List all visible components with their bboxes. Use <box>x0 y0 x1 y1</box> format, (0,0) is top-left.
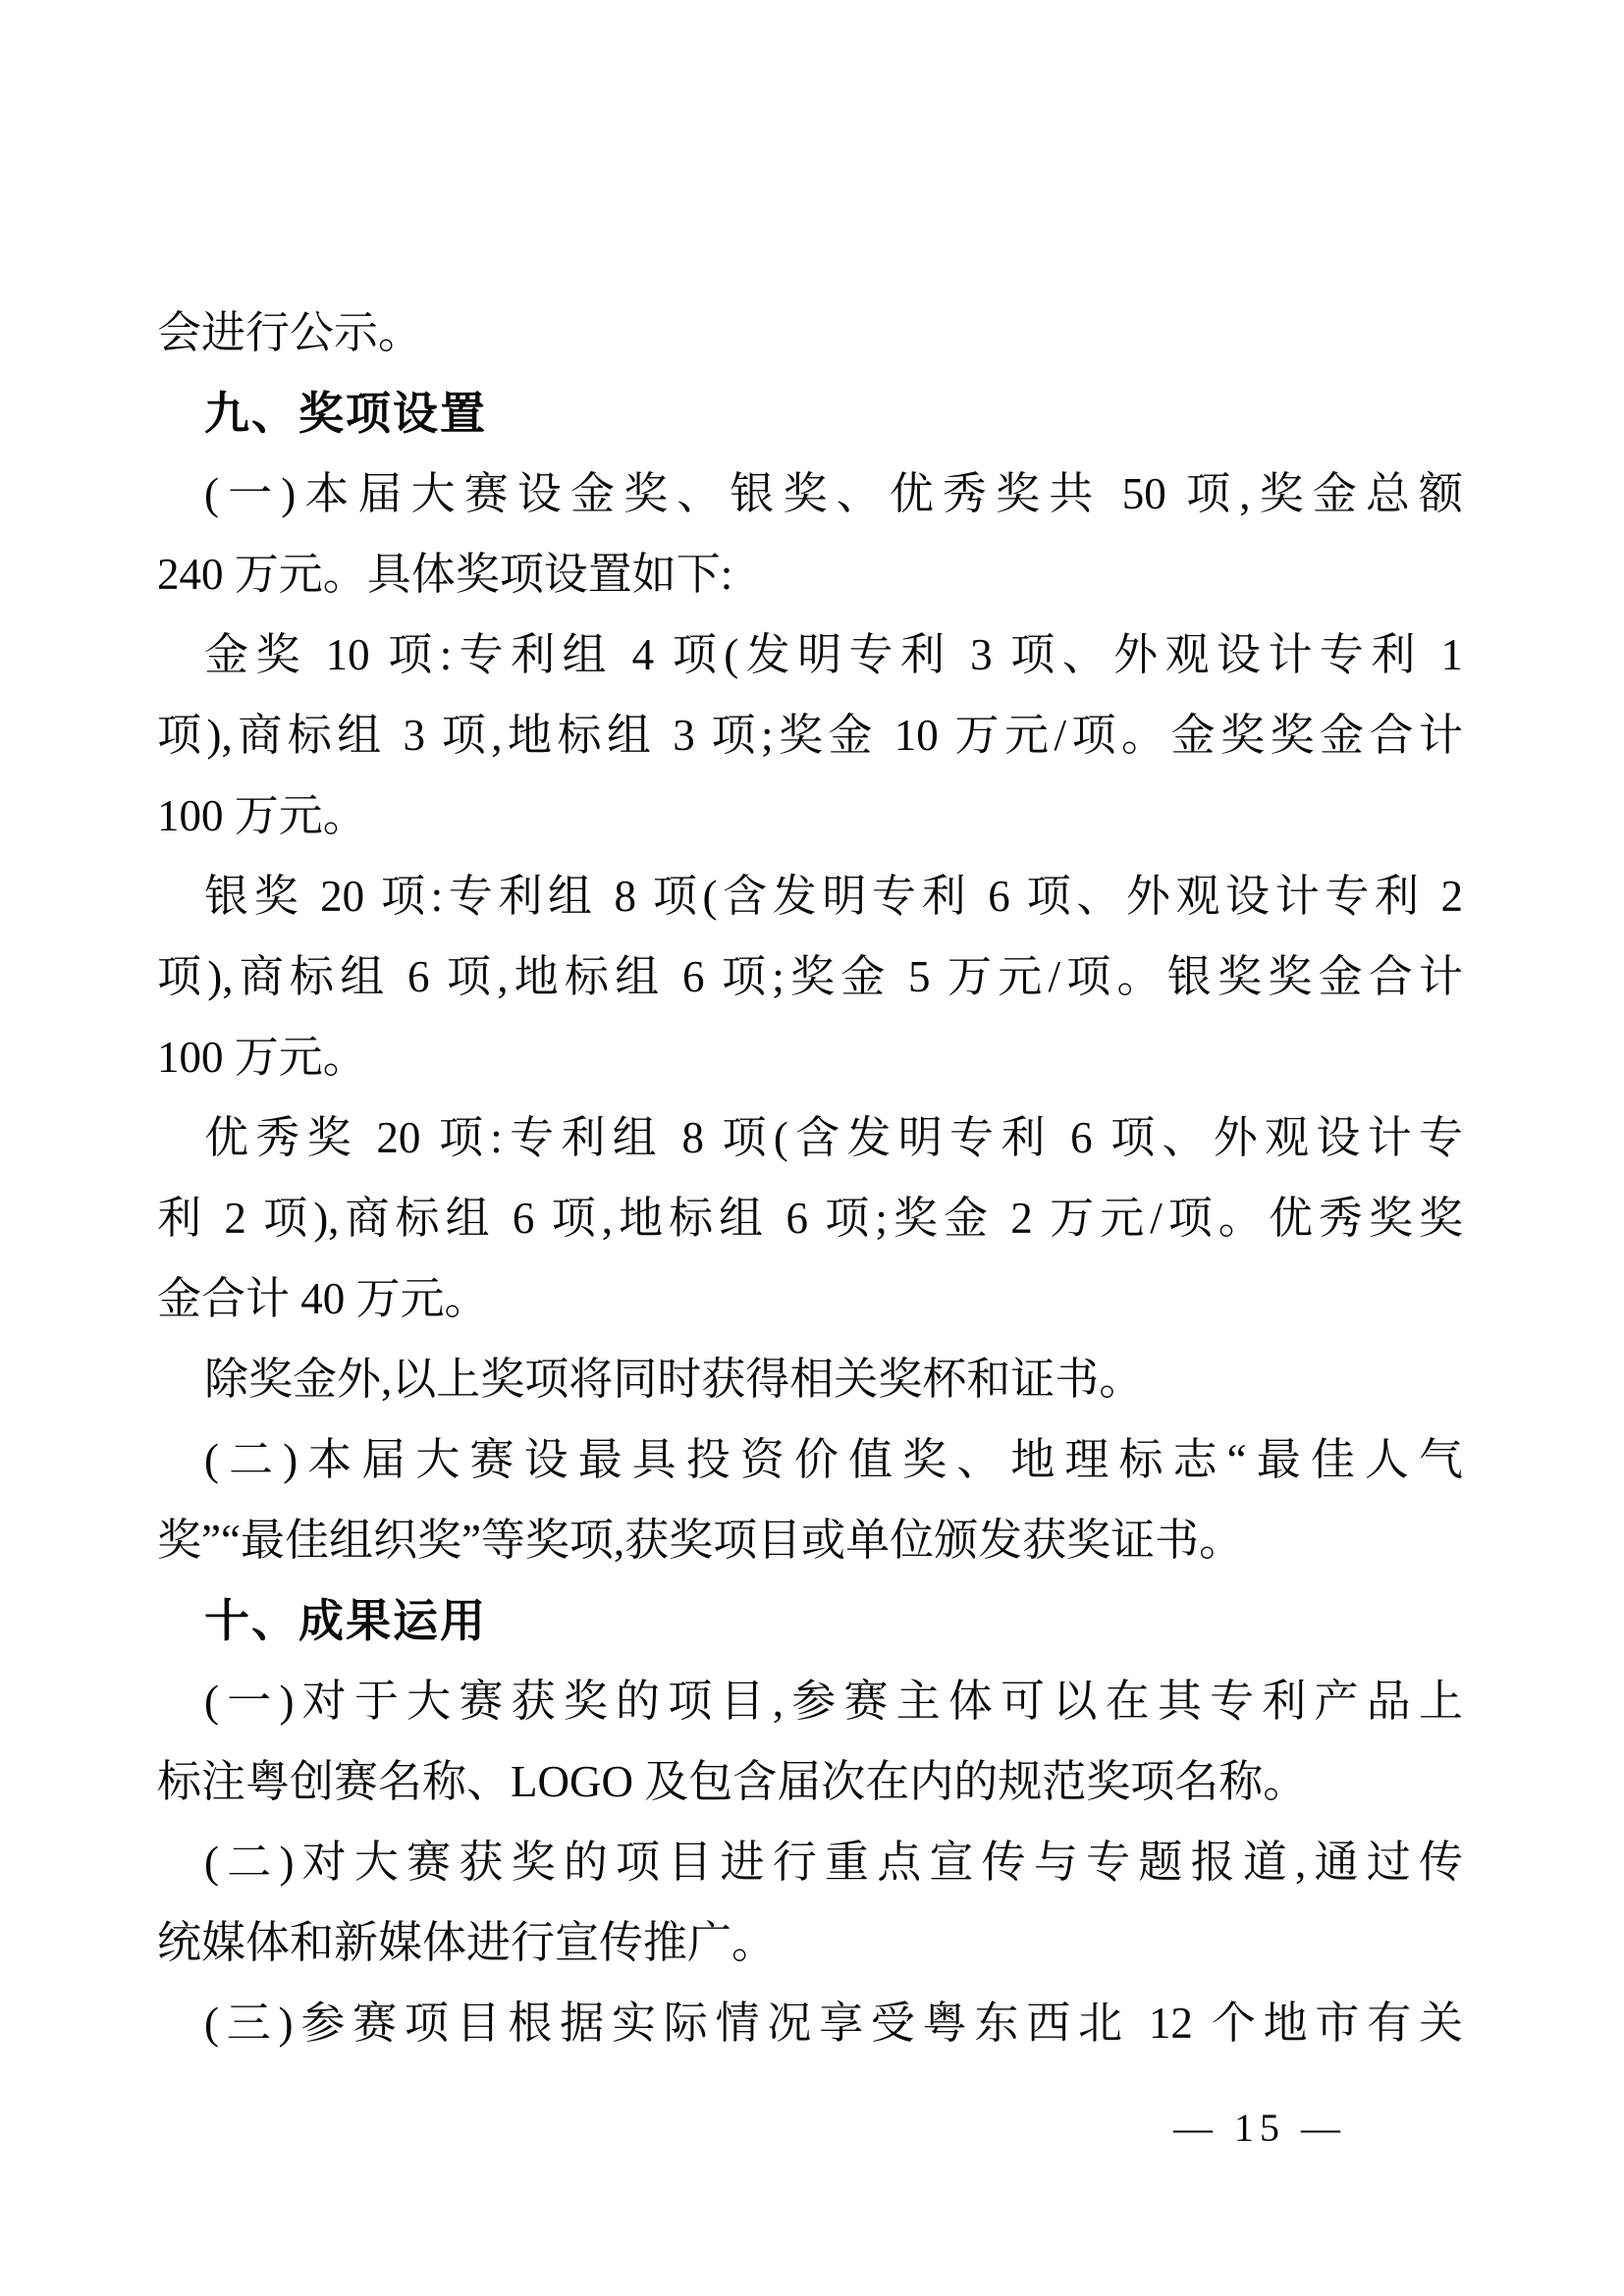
para-excellence-line-1: 优秀奖 20 项:专利组 8 项(含发明专利 6 项、外观设计专 <box>157 1097 1463 1178</box>
para-gold-line-2: 项),商标组 3 项,地标组 3 项;奖金 10 万元/项。金奖奖金合计 <box>157 695 1463 775</box>
para-10-2-line-2: 统媒体和新媒体进行宣传推广。 <box>157 1902 1463 1983</box>
para-gold-line-1: 金奖 10 项:专利组 4 项(发明专利 3 项、外观设计专利 1 <box>157 614 1463 695</box>
para-9-1-line-1: (一)本届大赛设金奖、银奖、优秀奖共 50 项,奖金总额 <box>157 454 1463 534</box>
para-9-1-line-2: 240 万元。具体奖项设置如下: <box>157 534 1463 614</box>
para-10-1-line-2: 标注粤创赛名称、LOGO 及包含届次在内的规范奖项名称。 <box>157 1741 1463 1822</box>
para-silver-line-3: 100 万元。 <box>157 1017 1463 1097</box>
para-silver-line-1: 银奖 20 项:专利组 8 项(含发明专利 6 项、外观设计专利 2 <box>157 856 1463 936</box>
text-line-continuation: 会进行公示。 <box>157 293 1463 373</box>
para-9-2-line-1: (二)本届大赛设最具投资价值奖、地理标志“最佳人气 <box>157 1419 1463 1500</box>
para-9-2-line-2: 奖”“最佳组织奖”等奖项,获奖项目或单位颁发获奖证书。 <box>157 1500 1463 1580</box>
document-body: 会进行公示。九、奖项设置(一)本届大赛设金奖、银奖、优秀奖共 50 项,奖金总额… <box>157 293 1463 2063</box>
para-trophy-line-1: 除奖金外,以上奖项将同时获得相关奖杯和证书。 <box>157 1339 1463 1419</box>
para-excellence-line-3: 金合计 40 万元。 <box>157 1258 1463 1339</box>
document-page: 会进行公示。九、奖项设置(一)本届大赛设金奖、银奖、优秀奖共 50 项,奖金总额… <box>0 0 1624 2296</box>
para-gold-line-3: 100 万元。 <box>157 775 1463 856</box>
section-10-heading: 十、成果运用 <box>157 1580 1463 1661</box>
para-10-1-line-1: (一)对于大赛获奖的项目,参赛主体可以在其专利产品上 <box>157 1661 1463 1741</box>
para-10-3-line-1: (三)参赛项目根据实际情况享受粤东西北 12 个地市有关 <box>157 1983 1463 2063</box>
section-9-heading: 九、奖项设置 <box>157 373 1463 454</box>
page-number-text: — 15 — <box>1173 2106 1346 2150</box>
page-number: — 15 — <box>1173 2099 1346 2158</box>
para-10-2-line-1: (二)对大赛获奖的项目进行重点宣传与专题报道,通过传 <box>157 1822 1463 1902</box>
para-excellence-line-2: 利 2 项),商标组 6 项,地标组 6 项;奖金 2 万元/项。优秀奖奖 <box>157 1178 1463 1258</box>
para-silver-line-2: 项),商标组 6 项,地标组 6 项;奖金 5 万元/项。银奖奖金合计 <box>157 936 1463 1017</box>
